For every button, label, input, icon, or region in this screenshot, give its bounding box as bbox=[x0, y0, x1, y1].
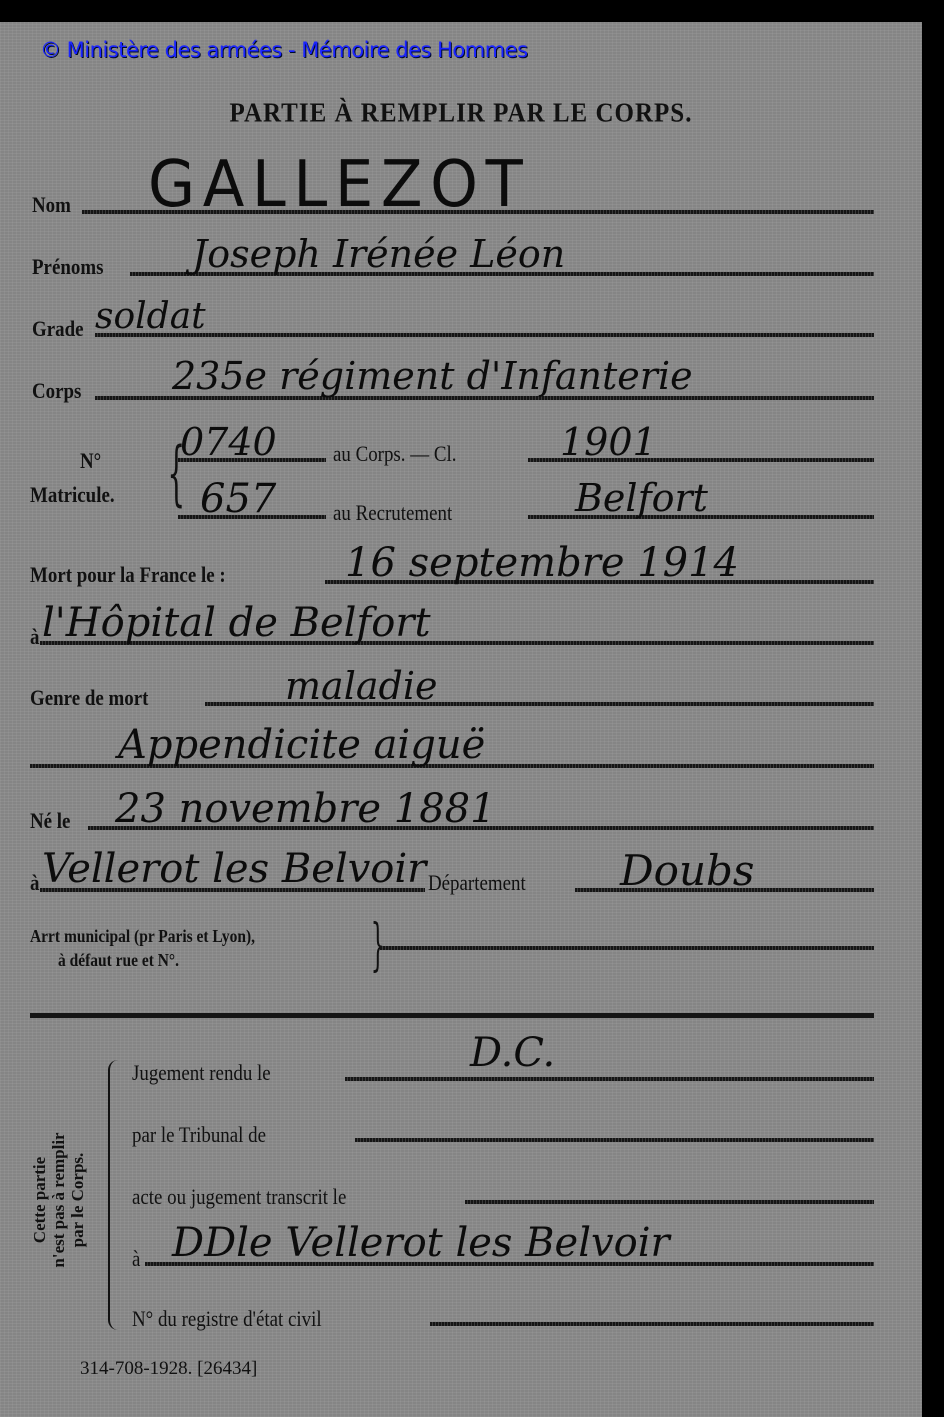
side-note-line-1: Cette partie bbox=[30, 1105, 49, 1295]
grade-label: Grade bbox=[32, 316, 84, 342]
classe-value: 1901 bbox=[560, 420, 657, 464]
jugement-rendu-line bbox=[345, 1077, 874, 1081]
section-divider bbox=[30, 1013, 874, 1018]
jugement-brace bbox=[108, 1060, 118, 1330]
lieu-naissance-value: Vellerot les Belvoir bbox=[42, 846, 426, 892]
tribunal-line bbox=[355, 1138, 874, 1142]
arrondissement-label-2: à défaut rue et N°. bbox=[58, 950, 179, 971]
nom-value: GALLEZOT bbox=[148, 148, 530, 222]
arrondissement-label-1: Arrt municipal (pr Paris et Lyon), bbox=[30, 926, 255, 947]
side-note-line-3: par le Corps. bbox=[68, 1105, 87, 1295]
print-reference: 314-708-1928. [26434] bbox=[80, 1358, 257, 1380]
side-note: Cette partie n'est pas à remplir par le … bbox=[30, 1105, 87, 1295]
grade-value: soldat bbox=[95, 296, 206, 337]
genre-mort-value: maladie bbox=[285, 664, 437, 708]
mort-label: Mort pour la France le : bbox=[30, 562, 226, 588]
departement-value: Doubs bbox=[620, 846, 754, 895]
transcrit-label: acte ou jugement transcrit le bbox=[132, 1184, 346, 1210]
registre-line bbox=[430, 1322, 874, 1326]
genre-mort-detail: Appendicite aiguë bbox=[118, 722, 485, 768]
side-note-line-2: n'est pas à remplir bbox=[49, 1105, 68, 1295]
prenoms-label: Prénoms bbox=[32, 254, 103, 280]
departement-label: Département bbox=[428, 870, 526, 896]
jugement-lieu-value: DDle Vellerot les Belvoir bbox=[172, 1220, 670, 1266]
jugement-rendu-value: D.C. bbox=[470, 1030, 555, 1076]
form-title: PARTIE À REMPLIR PAR LE CORPS. bbox=[0, 99, 922, 130]
corps-label: Corps bbox=[32, 378, 81, 404]
tribunal-label: par le Tribunal de bbox=[132, 1122, 266, 1148]
no-label: N° bbox=[80, 448, 101, 474]
jugement-lieu-label: à bbox=[132, 1246, 140, 1272]
lieu-mort-label: à bbox=[30, 624, 39, 650]
naissance-label: Né le bbox=[30, 808, 70, 834]
grade-line bbox=[95, 333, 874, 337]
mort-value: 16 septembre 1914 bbox=[345, 540, 739, 586]
prenoms-value: Joseph Irénée Léon bbox=[192, 232, 565, 276]
transcrit-line bbox=[465, 1200, 874, 1204]
corps-cl-label: au Corps. — Cl. bbox=[333, 441, 457, 467]
lieu-naissance-label: à bbox=[30, 870, 39, 896]
recrutement-place-value: Belfort bbox=[575, 476, 708, 520]
arrondissement-line bbox=[380, 946, 874, 950]
corps-no-value: 0740 bbox=[180, 420, 277, 464]
matricule-label: Matricule. bbox=[30, 482, 115, 508]
recrutement-no-value: 657 bbox=[200, 476, 276, 522]
genre-mort-label: Genre de mort bbox=[30, 685, 148, 711]
recrutement-label: au Recrutement bbox=[333, 500, 452, 526]
nom-label: Nom bbox=[32, 192, 71, 218]
registre-label: N° du registre d'état civil bbox=[132, 1306, 322, 1332]
corps-value: 235e régiment d'Infanterie bbox=[172, 354, 693, 398]
lieu-mort-value: l'Hôpital de Belfort bbox=[42, 600, 431, 646]
naissance-value: 23 novembre 1881 bbox=[115, 786, 496, 832]
jugement-rendu-label: Jugement rendu le bbox=[132, 1060, 271, 1086]
copyright-watermark: © Ministère des armées - Mémoire des Hom… bbox=[40, 38, 528, 62]
